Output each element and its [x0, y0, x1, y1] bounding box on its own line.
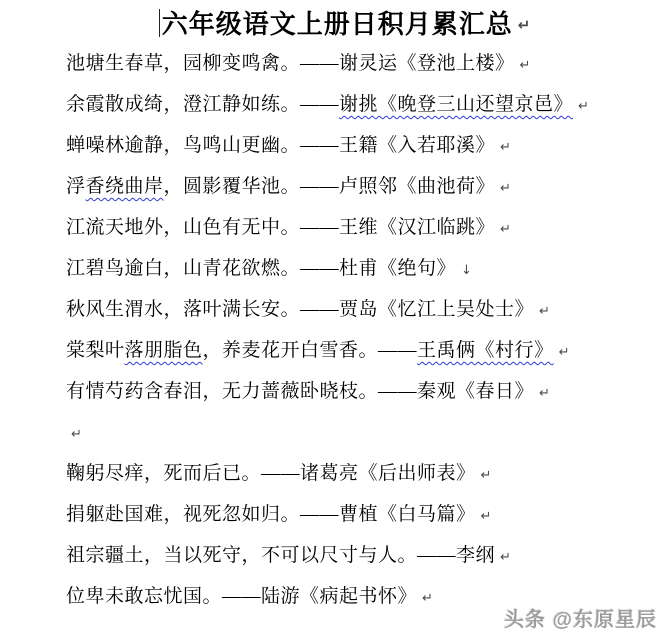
poem-line: 捐躯赴国难，视死忽如归。——曹植《白马篇》↵ [66, 494, 663, 535]
poem-line: ↵ [66, 412, 663, 453]
line-text: 浮 [66, 176, 86, 197]
paragraph-mark: ↵ [422, 591, 433, 606]
paragraph-mark: ↵ [539, 386, 550, 401]
poem-line: 蝉噪林逾静，鸟鸣山更幽。——王籍《入若耶溪》↵ [66, 125, 663, 166]
title-text: 六年级语文上册日积月累汇总 [162, 10, 513, 39]
spellcheck-flagged-text: 谢挑《晚登三山还望京邑》 [339, 94, 573, 115]
poem-line-list: 池塘生春草，园柳变鸣禽。——谢灵运《登池上楼》↵余霞散成绮，澄江静如练。——谢挑… [0, 43, 663, 617]
line-break-mark: ↓ [461, 263, 472, 278]
paragraph-mark: ↵ [500, 550, 511, 565]
line-text: 池塘生春草，园柳变鸣禽。——谢灵运《登池上楼》 [66, 53, 515, 74]
spellcheck-flagged-text: 香绕曲岸 [86, 176, 164, 197]
paragraph-mark: ↵ [520, 58, 531, 73]
line-text: 位卑未敢忘忧国。——陆游《病起书怀》 [66, 586, 417, 607]
poem-line: 秋风生渭水，落叶满长安。——贾岛《忆江上吴处士》↵ [66, 289, 663, 330]
spellcheck-flagged-text: 王禹俩《村行》 [417, 340, 554, 361]
paragraph-mark: ↵ [559, 345, 570, 360]
poem-line: 江流天地外，山色有无中。——王维《汉江临跳》↵ [66, 207, 663, 248]
text-cursor-caret [159, 9, 160, 37]
line-text: 鞠躬尽痒，死而后已。——诸葛亮《后出师表》 [66, 463, 476, 484]
paragraph-mark: ↵ [578, 99, 589, 114]
watermark: 头条 @东原星辰 [504, 603, 657, 632]
poem-line: 池塘生春草，园柳变鸣禽。——谢灵运《登池上楼》↵ [66, 43, 663, 84]
line-text: 余霞散成绮，澄江静如练。—— [66, 94, 339, 115]
line-text: ，养麦花开白雪香。—— [203, 340, 418, 361]
line-text: 蝉噪林逾静，鸟鸣山更幽。——王籍《入若耶溪》 [66, 135, 495, 156]
line-text: 捐躯赴国难，视死忽如归。——曹植《白马篇》 [66, 504, 476, 525]
line-text: 江碧鸟逾白，山青花欲燃。——杜甫《绝句》 [66, 258, 456, 279]
line-text: 江流天地外，山色有无中。——王维《汉江临跳》 [66, 217, 495, 238]
poem-line: 浮香绕曲岸，圆影覆华池。——卢照邻《曲池荷》↵ [66, 166, 663, 207]
poem-line: 江碧鸟逾白，山青花欲燃。——杜甫《绝句》↓ [66, 248, 663, 289]
paragraph-mark: ↵ [71, 427, 82, 442]
paragraph-mark: ↵ [539, 304, 550, 319]
line-text: 棠梨叶 [66, 340, 125, 361]
poem-line: 余霞散成绮，澄江静如练。——谢挑《晚登三山还望京邑》↵ [66, 84, 663, 125]
paragraph-mark: ↵ [500, 181, 511, 196]
page-title: 六年级语文上册日积月累汇总↵ [0, 0, 663, 43]
line-text: ，圆影覆华池。——卢照邻《曲池荷》 [164, 176, 496, 197]
paragraph-mark: ↵ [481, 468, 492, 483]
poem-line: 有情芍药含春泪，无力蔷薇卧晓枝。——秦观《春日》↵ [66, 371, 663, 412]
poem-line: 棠梨叶落朋脂色，养麦花开白雪香。——王禹俩《村行》↵ [66, 330, 663, 371]
paragraph-mark: ↵ [481, 509, 492, 524]
line-text: 秋风生渭水，落叶满长安。——贾岛《忆江上吴处士》 [66, 299, 534, 320]
paragraph-mark: ↵ [500, 140, 511, 155]
line-text: 有情芍药含春泪，无力蔷薇卧晓枝。——秦观《春日》 [66, 381, 534, 402]
paragraph-mark: ↵ [518, 16, 531, 34]
paragraph-mark: ↵ [500, 222, 511, 237]
spellcheck-flagged-text: 落朋脂色 [125, 340, 203, 361]
poem-line: 鞠躬尽痒，死而后已。——诸葛亮《后出师表》↵ [66, 453, 663, 494]
document-page: 六年级语文上册日积月累汇总↵ 池塘生春草，园柳变鸣禽。——谢灵运《登池上楼》↵余… [0, 0, 663, 641]
poem-line: 祖宗疆土，当以死守，不可以尺寸与人。——李纲↵ [66, 535, 663, 576]
line-text: 祖宗疆土，当以死守，不可以尺寸与人。——李纲 [66, 545, 495, 566]
